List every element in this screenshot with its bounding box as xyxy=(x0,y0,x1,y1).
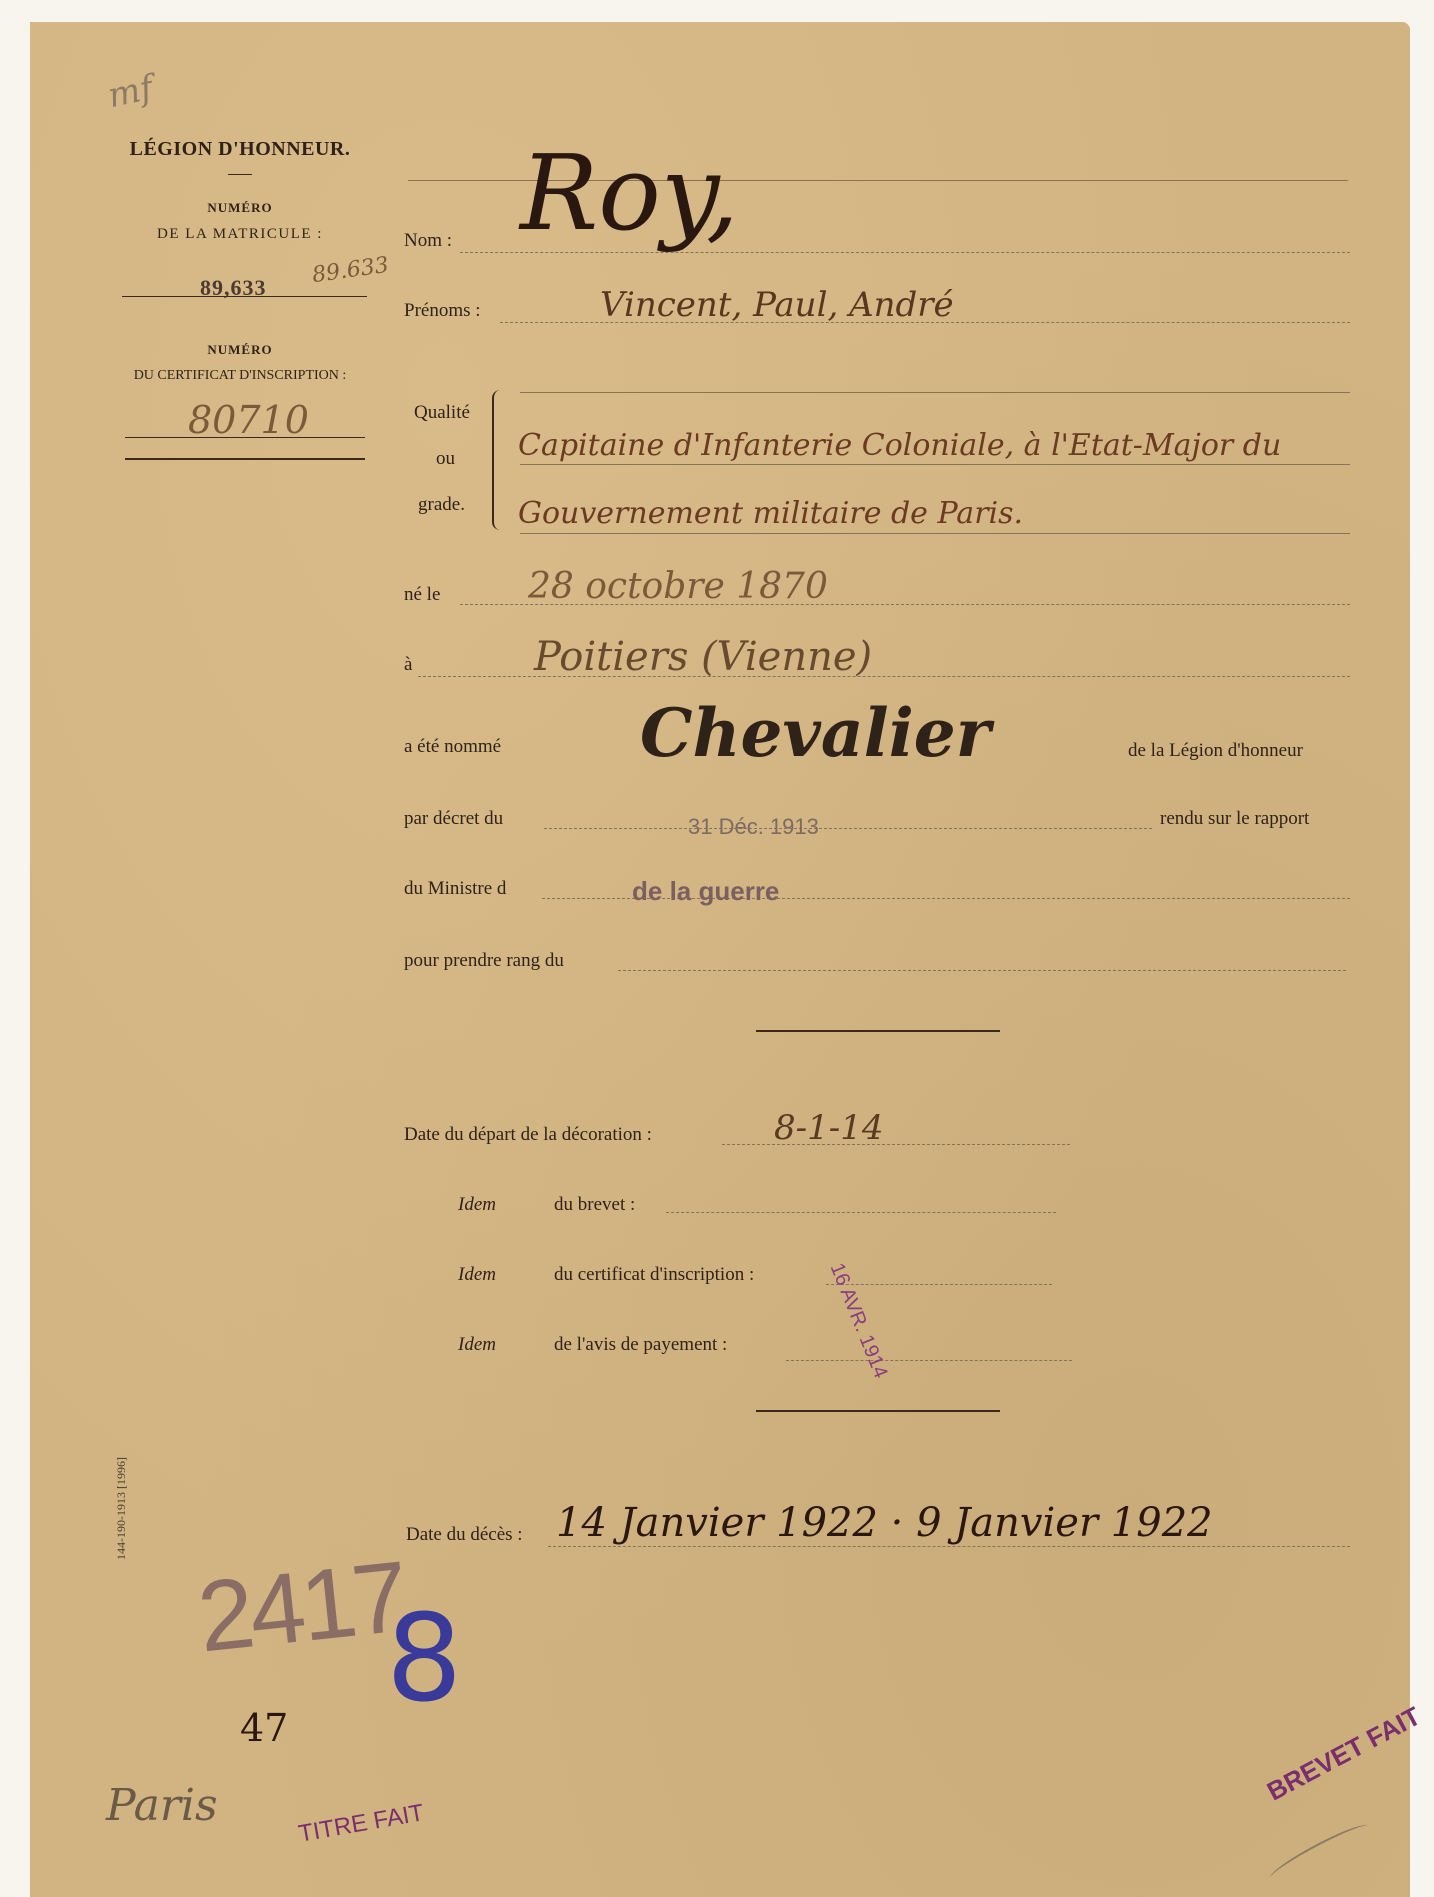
decret-label: par décret du xyxy=(404,808,503,830)
qualite-label-3: grade. xyxy=(418,494,465,516)
ne-le-value: 28 octobre 1870 xyxy=(528,566,828,607)
a-label: à xyxy=(404,654,412,676)
certificat-date-label: du certificat d'inscription : xyxy=(554,1264,754,1286)
certificat-date-line xyxy=(826,1284,1052,1285)
section-rule-1 xyxy=(756,1030,1000,1032)
qualite-line-1-rule xyxy=(520,464,1350,465)
payement-label: de l'avis de payement : xyxy=(554,1334,727,1356)
certificat-value: 80710 xyxy=(188,398,309,442)
deces-line xyxy=(548,1546,1350,1547)
legion-label: de la Légion d'honneur xyxy=(1128,740,1303,762)
matricule-rule xyxy=(122,296,367,297)
rank-value: Chevalier xyxy=(640,694,991,772)
blue-correction: 8 xyxy=(386,1590,462,1729)
qualite-line-2-rule xyxy=(520,533,1350,534)
ne-le-label: né le xyxy=(404,584,440,606)
qualite-label-2: ou xyxy=(436,448,455,470)
qualite-line-1: Capitaine d'Infanterie Coloniale, à l'Et… xyxy=(518,428,1281,463)
certificat-rule-1 xyxy=(125,437,365,438)
nom-label: Nom : xyxy=(404,230,452,252)
idem-certificat: Idem xyxy=(458,1264,496,1286)
qualite-top-rule xyxy=(520,392,1350,393)
rang-label: pour prendre rang du xyxy=(404,950,564,972)
document-title: LÉGION D'HONNEUR. xyxy=(110,138,370,161)
decret-line xyxy=(544,828,1152,829)
bottom-left-note: Paris xyxy=(106,1780,218,1831)
section-rule-2 xyxy=(756,1410,1000,1412)
matricule-label-2: DE LA MATRICULE : xyxy=(110,226,370,243)
handwritten-number: 47 xyxy=(240,1706,288,1750)
qualite-line-2: Gouvernement militaire de Paris. xyxy=(518,496,1023,531)
nomme-label: a été nommé xyxy=(404,736,501,758)
rapport-label: rendu sur le rapport xyxy=(1160,808,1309,830)
matricule-label-1: NUMÉRO xyxy=(110,200,370,216)
certificat-label-2: DU CERTIFICAT D'INSCRIPTION : xyxy=(110,368,370,384)
brevet-label: du brevet : xyxy=(554,1194,635,1216)
prenoms-label: Prénoms : xyxy=(404,300,481,322)
nom-value: Roy, xyxy=(520,132,739,254)
payement-line xyxy=(786,1360,1072,1361)
prenoms-value: Vincent, Paul, André xyxy=(600,285,954,325)
depart-value: 8-1-14 xyxy=(774,1108,884,1148)
stamp-number: 2417 xyxy=(193,1540,410,1676)
decret-stamp: 31 Déc. 1913 xyxy=(688,814,819,840)
idem-payement: Idem xyxy=(458,1334,496,1356)
qualite-brace xyxy=(492,390,502,530)
deces-label: Date du décès : xyxy=(406,1524,523,1546)
qualite-label-1: Qualité xyxy=(414,402,470,424)
matricule-stamped: 89,633 xyxy=(200,275,267,301)
ministre-label: du Ministre d xyxy=(404,878,506,900)
idem-brevet: Idem xyxy=(458,1194,496,1216)
print-code: 144-190-1913 [1996] xyxy=(114,1457,129,1560)
ministre-stamp: de la guerre xyxy=(632,876,779,907)
brevet-line xyxy=(666,1212,1056,1213)
a-value: Poitiers (Vienne) xyxy=(534,634,872,680)
deces-value: 14 Janvier 1922 · 9 Janvier 1922 xyxy=(556,1500,1213,1546)
certificat-rule-2 xyxy=(125,458,365,460)
rang-line xyxy=(618,970,1346,971)
title-rule xyxy=(228,174,252,175)
certificat-label-1: NUMÉRO xyxy=(110,342,370,358)
depart-label: Date du départ de la décoration : xyxy=(404,1124,652,1146)
